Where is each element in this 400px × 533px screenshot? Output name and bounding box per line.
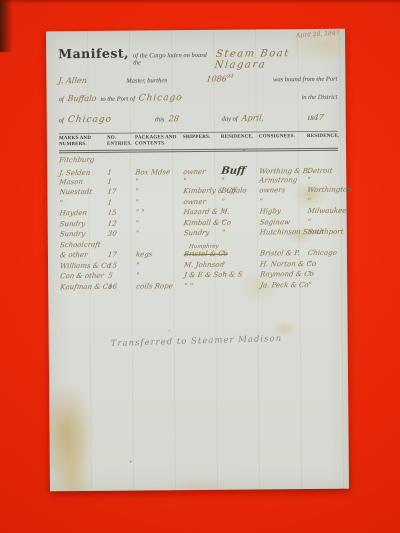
cell-res2: Milwaukee <box>307 207 347 215</box>
cell-shippers: owner <box>183 167 220 175</box>
cell-packages: " <box>135 177 182 185</box>
date-line: of Chicago this 28 day of April, 1847 <box>59 106 338 126</box>
cell-res1: " <box>222 271 259 279</box>
year-written: 47 <box>313 113 324 122</box>
cell-shippers: " <box>183 176 220 184</box>
cell-marks: Nuestadt <box>59 188 106 196</box>
cell-res2: Southport <box>307 228 344 236</box>
cell-no: 15 <box>107 209 134 217</box>
cell-shippers: HumphreyBristol & Co <box>183 250 220 258</box>
cell-res2: " <box>308 259 340 267</box>
day-group: this 28 <box>155 108 179 126</box>
cell-no: 15 <box>108 261 135 269</box>
cell-res1: " <box>221 176 258 184</box>
cell-res1: " <box>221 197 258 205</box>
cell-consignees: owners <box>259 186 306 194</box>
cell-shippers: Kimberly & Co <box>183 187 220 195</box>
district-label: in the District <box>301 93 337 100</box>
background-top-shadow <box>0 0 400 4</box>
column-header: RESIDENCE. <box>307 131 340 147</box>
cell-marks: Sundry <box>59 219 106 227</box>
cell-marks: Kaufman & Co <box>60 282 107 290</box>
year-group: 1847 <box>307 107 324 125</box>
port-from: Buffalo <box>67 94 97 103</box>
cell-res1: " <box>221 250 258 258</box>
table-row: Kaufman & Co16coils Rope" "Ja. Peck & Co… <box>60 280 339 293</box>
cell-packages: " <box>136 261 183 269</box>
cell-res1: " <box>221 208 258 216</box>
cell-res1: " <box>221 229 258 237</box>
column-header: SHIPPERS. <box>183 132 219 148</box>
column-header: PACKAGES AND CONTENTS. <box>135 133 181 149</box>
cell-no: 17 <box>107 188 134 196</box>
cell-marks: Williams & Co <box>60 261 107 269</box>
cell-consignees: Higby <box>259 207 306 215</box>
cell-consignees: Saginaw <box>259 218 306 226</box>
printed-intro: of the Cargo laden on board the <box>133 52 211 67</box>
cell-packages: " <box>136 271 183 279</box>
cell-res2: " <box>307 175 339 183</box>
background-corner-shadow <box>0 0 13 52</box>
column-header: MARKS AND NUMBERS. <box>59 133 105 149</box>
cell-packages: Box Mdse <box>135 168 182 176</box>
cell-no: 1 <box>107 177 134 185</box>
cell-res2: " <box>307 217 339 225</box>
cell-shippers: Hazard & M. <box>183 208 220 216</box>
column-header: NO. ENTRIES. <box>107 133 133 149</box>
tonnage-fraction: 94 <box>227 74 234 80</box>
transfer-note: Transferred to Steamer Madison <box>111 333 321 349</box>
cell-packages: kegs <box>135 250 182 258</box>
master-name: J. Allen <box>58 76 88 85</box>
manifest-header-line: Manifest, of the Cargo laden on board th… <box>58 44 337 72</box>
of-label-2: of <box>59 117 64 124</box>
cell-res1: " <box>222 260 259 268</box>
cell-marks: Sundry <box>59 230 106 238</box>
cell-no: 1 <box>107 168 134 176</box>
cell-packages: " <box>135 229 182 237</box>
master-label: Master, burthen <box>126 77 167 84</box>
cell-res1: Buff <box>220 165 257 176</box>
manifest-document: April 28, 1847 Manifest, of the Cargo la… <box>46 29 349 492</box>
cell-shippers: Sundry <box>183 229 220 237</box>
cell-packages: " <box>135 187 182 195</box>
of-label: of <box>59 96 64 103</box>
month-group: day of April, <box>221 107 264 125</box>
bound-label: was bound from the Port <box>273 75 337 83</box>
cell-marks: Hayden <box>59 209 106 217</box>
cell-res2: Detroit <box>307 166 339 174</box>
master-line: J. Allen Master, burthen 108694 was boun… <box>58 73 337 85</box>
cell-no: 5 <box>108 272 135 280</box>
cell-consignees: Raymond & Co <box>260 270 307 278</box>
cell-res1: " <box>221 218 258 226</box>
ports-left: of Buffalo to the Port of Chicago <box>58 87 183 106</box>
cell-shippers: M. Johnson <box>184 260 221 268</box>
cell-consignees: Worthing & B. <box>259 167 306 175</box>
document-content: Manifest, of the Cargo laden on board th… <box>46 29 347 294</box>
cell-no: 17 <box>107 251 134 259</box>
district-name: Chicago <box>67 114 112 124</box>
cell-shippers: Kimball & Co <box>183 218 220 226</box>
cell-consignees: H. Norton & Co <box>260 260 307 268</box>
day-of-label: day of <box>222 115 238 122</box>
manifest-table-rows: FitchburgJ. Selden1Box MdseownerBuffWort… <box>59 154 339 293</box>
month-value: April, <box>241 113 265 122</box>
vessel-name: Steam Boat Niagara <box>214 48 339 71</box>
cell-res1: Buffalo <box>221 187 258 195</box>
cell-shippers: owner <box>183 197 220 205</box>
district-group: of Chicago <box>59 108 112 126</box>
to-port-label: to the Port of <box>100 95 135 102</box>
cell-res2: Chicago <box>307 249 339 257</box>
cell-no: 30 <box>107 230 134 238</box>
cell-packages: coils Rope <box>136 282 183 290</box>
port-to: Chicago <box>138 93 183 103</box>
column-header: RESIDENCE. <box>221 132 257 148</box>
ports-line: of Buffalo to the Port of Chicago in the… <box>58 85 337 105</box>
photo-background: { "annotation": { "date": "April 28, 184… <box>0 0 400 533</box>
cell-consignees: " <box>259 197 306 205</box>
paper-speck <box>169 330 171 331</box>
paper-speck <box>243 150 245 152</box>
cell-shippers: " " <box>184 281 221 289</box>
this-label: this <box>155 116 164 123</box>
cell-no: 16 <box>108 282 135 290</box>
column-header: CONSIGNEES. <box>259 132 305 148</box>
cell-res2: Worthington <box>307 186 352 194</box>
cell-marks: " <box>59 198 106 206</box>
cell-packages: " <box>135 219 182 227</box>
cell-res2: " <box>308 270 340 278</box>
cell-marks: Con & other <box>60 272 107 280</box>
cell-marks: Mason <box>59 177 106 185</box>
cell-marks: Schoolcraft <box>59 240 106 248</box>
cell-consignees: Armstrong <box>259 176 306 184</box>
cell-no: 12 <box>107 219 134 227</box>
tonnage-value: 108694 <box>206 74 234 84</box>
cell-consignees: Hutchinson Smith <box>259 228 306 236</box>
cell-marks: Fitchburg <box>59 156 106 164</box>
cell-no: 1 <box>107 198 134 206</box>
table-column-headers: MARKS AND NUMBERS.NO. ENTRIES.PACKAGES A… <box>59 130 338 153</box>
cell-packages: " <box>135 198 182 206</box>
cell-consignees: Bristol & P. <box>259 249 306 257</box>
cell-res2: " <box>307 196 339 204</box>
manifest-title: Manifest, <box>58 46 129 62</box>
cell-packages: " " <box>135 208 182 216</box>
cell-shippers: J & E & Son & S <box>184 271 221 279</box>
cell-res2: " <box>308 280 340 288</box>
paper-speck <box>130 461 132 463</box>
cell-marks: J. Selden <box>59 168 106 176</box>
day-value: 28 <box>168 114 179 123</box>
cell-consignees: Ja. Peck & Co <box>260 281 307 289</box>
cell-marks: & other <box>59 251 106 259</box>
